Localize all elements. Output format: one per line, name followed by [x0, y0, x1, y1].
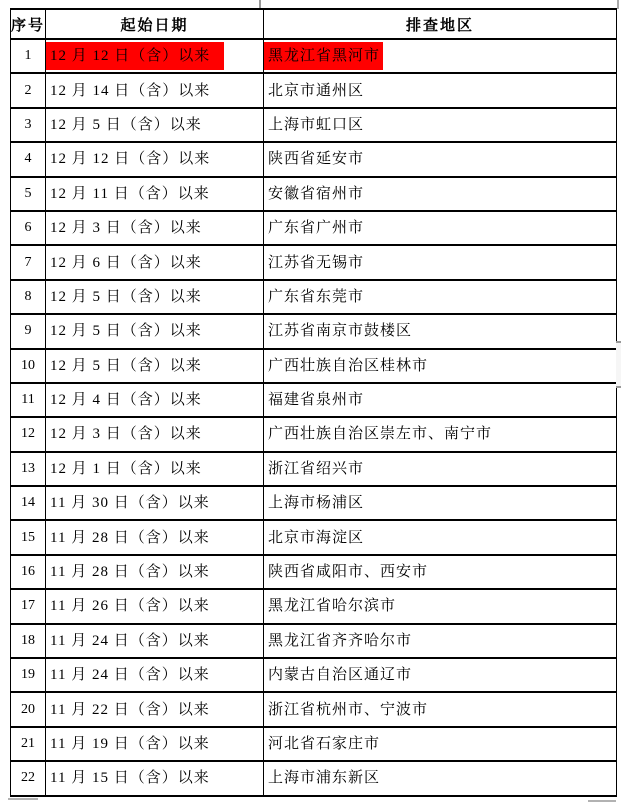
row-index: 9 — [25, 321, 32, 341]
table-row: 2 12 月 14 日（含）以来 北京市通州区 — [11, 73, 617, 107]
row-index: 20 — [21, 700, 35, 720]
row-region: 江苏省南京市鼓楼区 — [268, 321, 412, 341]
column-header-index: 序号 — [11, 9, 46, 39]
row-index: 19 — [21, 665, 35, 685]
row-region: 广西壮族自治区崇左市、南宁市 — [268, 424, 492, 444]
row-index: 15 — [21, 528, 35, 548]
table-row: 4 12 月 12 日（含）以来 陕西省延安市 — [11, 142, 617, 176]
row-index: 17 — [21, 596, 35, 616]
row-region: 内蒙古自治区通辽市 — [268, 665, 412, 685]
row-region: 广西壮族自治区桂林市 — [268, 356, 428, 376]
row-date: 11 月 22 日（含）以来 — [50, 700, 210, 720]
cutoff-content-bottomleft-artifact — [8, 798, 38, 800]
table-row: 11 12 月 4 日（含）以来 福建省泉州市 — [11, 383, 617, 417]
table-row: 10 12 月 5 日（含）以来 广西壮族自治区桂林市 — [11, 349, 617, 383]
row-date: 11 月 28 日（含）以来 — [50, 562, 210, 582]
row-region: 上海市虹口区 — [268, 115, 364, 135]
row-region: 上海市杨浦区 — [268, 493, 364, 513]
row-region: 广东省广州市 — [268, 218, 364, 238]
row-index: 18 — [21, 631, 35, 651]
row-region: 浙江省杭州市、宁波市 — [268, 700, 428, 720]
table-row: 18 11 月 24 日（含）以来 黑龙江省齐齐哈尔市 — [11, 624, 617, 658]
row-date: 12 月 5 日（含）以来 — [50, 321, 202, 341]
row-index: 12 — [21, 424, 35, 444]
row-date: 12 月 14 日（含）以来 — [50, 81, 210, 101]
row-date: 11 月 30 日（含）以来 — [50, 493, 210, 513]
column-header-region: 排查地区 — [264, 9, 617, 39]
row-date: 12 月 5 日（含）以来 — [50, 287, 202, 307]
row-date: 12 月 3 日（含）以来 — [50, 218, 202, 238]
row-index: 11 — [21, 390, 34, 410]
row-index: 13 — [21, 459, 35, 479]
table-row: 12 12 月 3 日（含）以来 广西壮族自治区崇左市、南宁市 — [11, 417, 617, 451]
row-region: 陕西省延安市 — [268, 149, 364, 169]
row-index: 21 — [21, 734, 35, 754]
row-region: 江苏省无锡市 — [268, 253, 364, 273]
table-row: 9 12 月 5 日（含）以来 江苏省南京市鼓楼区 — [11, 314, 617, 348]
row-region: 陕西省咸阳市、西安市 — [268, 562, 428, 582]
row-index: 14 — [21, 493, 35, 513]
document-page: 序号 起始日期 排查地区 1 12 月 12 日（含）以来 黑龙江省黑河市 2 … — [0, 0, 621, 804]
table-row: 3 12 月 5 日（含）以来 上海市虹口区 — [11, 108, 617, 142]
table-header-row: 序号 起始日期 排查地区 — [11, 9, 617, 39]
cutoff-border-topright-artifact — [617, 0, 619, 9]
row-date: 12 月 5 日（含）以来 — [50, 356, 202, 376]
table-body: 1 12 月 12 日（含）以来 黑龙江省黑河市 2 12 月 14 日（含）以… — [11, 39, 617, 796]
table-row: 22 11 月 15 日（含）以来 上海市浦东新区 — [11, 761, 617, 795]
table-row: 17 11 月 26 日（含）以来 黑龙江省哈尔滨市 — [11, 589, 617, 623]
row-index: 3 — [25, 115, 32, 135]
row-index: 16 — [21, 562, 35, 582]
row-region: 黑龙江省哈尔滨市 — [268, 596, 396, 616]
row-index: 6 — [25, 218, 32, 238]
row-index: 2 — [25, 81, 32, 101]
row-index: 22 — [21, 768, 35, 788]
table-row: 21 11 月 19 日（含）以来 河北省石家庄市 — [11, 727, 617, 761]
table-row: 15 11 月 28 日（含）以来 北京市海淀区 — [11, 520, 617, 554]
row-region: 上海市浦东新区 — [268, 768, 380, 788]
row-index: 7 — [25, 253, 32, 273]
vertical-scrollbar-thumb[interactable] — [616, 341, 621, 388]
table-row: 5 12 月 11 日（含）以来 安徽省宿州市 — [11, 177, 617, 211]
row-date: 12 月 12 日（含）以来 — [46, 42, 224, 70]
table-row: 16 11 月 28 日（含）以来 陕西省咸阳市、西安市 — [11, 555, 617, 589]
row-date: 11 月 28 日（含）以来 — [50, 528, 210, 548]
table-row: 20 11 月 22 日（含）以来 浙江省杭州市、宁波市 — [11, 692, 617, 726]
table-header: 序号 起始日期 排查地区 — [11, 9, 617, 39]
cutoff-content-bottomright-artifact — [588, 800, 616, 802]
row-region: 广东省东莞市 — [268, 287, 364, 307]
row-date: 12 月 12 日（含）以来 — [50, 149, 210, 169]
row-region: 北京市海淀区 — [268, 528, 364, 548]
table-row: 13 12 月 1 日（含）以来 浙江省绍兴市 — [11, 452, 617, 486]
row-date: 11 月 26 日（含）以来 — [50, 596, 210, 616]
row-date: 11 月 15 日（含）以来 — [50, 768, 210, 788]
cutoff-border-top-artifact — [259, 0, 261, 8]
screening-regions-table: 序号 起始日期 排查地区 1 12 月 12 日（含）以来 黑龙江省黑河市 2 … — [10, 8, 617, 797]
row-region: 浙江省绍兴市 — [268, 459, 364, 479]
row-date: 12 月 1 日（含）以来 — [50, 459, 202, 479]
row-date: 11 月 24 日（含）以来 — [50, 631, 210, 651]
row-date: 12 月 3 日（含）以来 — [50, 424, 202, 444]
table-row: 8 12 月 5 日（含）以来 广东省东莞市 — [11, 280, 617, 314]
row-index: 8 — [25, 287, 32, 307]
row-region: 河北省石家庄市 — [268, 734, 380, 754]
row-date: 12 月 6 日（含）以来 — [50, 253, 202, 273]
row-region: 北京市通州区 — [268, 81, 364, 101]
row-date: 12 月 11 日（含）以来 — [50, 184, 210, 204]
table-row: 14 11 月 30 日（含）以来 上海市杨浦区 — [11, 486, 617, 520]
table-row: 6 12 月 3 日（含）以来 广东省广州市 — [11, 211, 617, 245]
row-index: 1 — [25, 46, 32, 66]
row-index: 4 — [25, 149, 32, 169]
row-date: 11 月 24 日（含）以来 — [50, 665, 210, 685]
row-region: 黑龙江省黑河市 — [264, 42, 383, 70]
row-region: 福建省泉州市 — [268, 390, 364, 410]
table-row: 19 11 月 24 日（含）以来 内蒙古自治区通辽市 — [11, 658, 617, 692]
row-region: 黑龙江省齐齐哈尔市 — [268, 631, 412, 651]
row-date: 12 月 4 日（含）以来 — [50, 390, 202, 410]
row-date: 11 月 19 日（含）以来 — [50, 734, 210, 754]
row-index: 10 — [21, 356, 35, 376]
row-index: 5 — [25, 184, 32, 204]
column-header-date: 起始日期 — [46, 9, 264, 39]
table-row: 7 12 月 6 日（含）以来 江苏省无锡市 — [11, 245, 617, 279]
row-date: 12 月 5 日（含）以来 — [50, 115, 202, 135]
row-region: 安徽省宿州市 — [268, 184, 364, 204]
table-row: 1 12 月 12 日（含）以来 黑龙江省黑河市 — [11, 39, 617, 73]
